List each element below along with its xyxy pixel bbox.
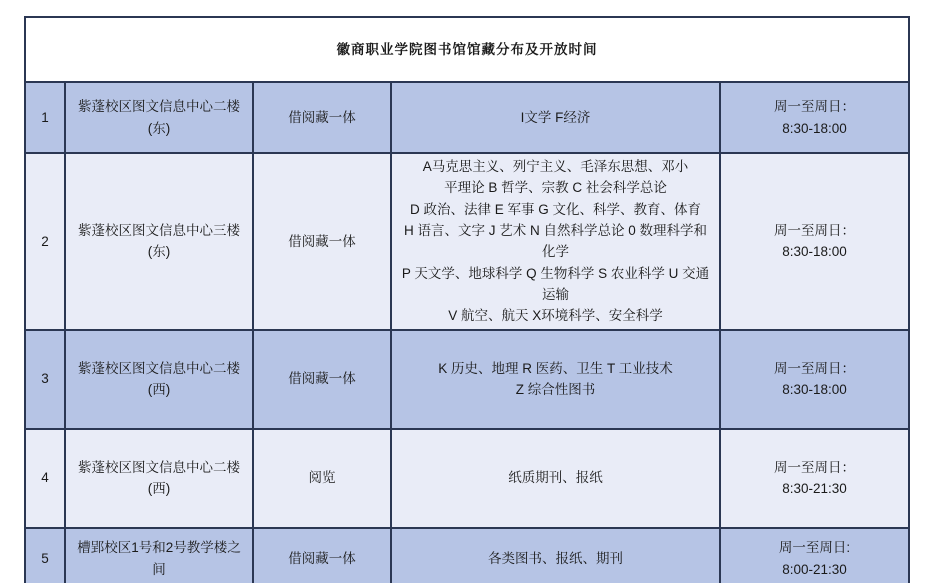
- page-title: 徽商职业学院图书馆馆藏分布及开放时间: [25, 17, 909, 82]
- categories-cell: K 历史、地理 R 医药、卫生 T 工业技术 Z 综合性图书: [391, 330, 720, 429]
- service-type-cell: 借阅藏一体: [253, 330, 391, 429]
- hours-cell: 周一至周日： 8:30-21:30: [720, 429, 909, 528]
- location-cell: 紫蓬校区图文信息中心三楼 (东): [65, 153, 253, 330]
- row-number-cell: 2: [25, 153, 65, 330]
- table-row: 3 紫蓬校区图文信息中心二楼 (西) 借阅藏一体 K 历史、地理 R 医药、卫生…: [25, 330, 909, 429]
- row-number-cell: 3: [25, 330, 65, 429]
- hours-cell: 周一至周日: 8:00-21:30: [720, 528, 909, 583]
- service-type-cell: 阅览: [253, 429, 391, 528]
- table-row: 5 槽郢校区1号和2号教学楼之间 借阅藏一体 各类图书、报纸、期刊 周一至周日:…: [25, 528, 909, 583]
- categories-cell: A马克思主义、列宁主义、毛泽东思想、邓小 平理论 B 哲学、宗教 C 社会科学总…: [391, 153, 720, 330]
- table-row: 1 紫蓬校区图文信息中心二楼 (东) 借阅藏一体 I文学 F经济 周一至周日： …: [25, 82, 909, 153]
- title-row: 徽商职业学院图书馆馆藏分布及开放时间: [25, 17, 909, 82]
- service-type-cell: 借阅藏一体: [253, 153, 391, 330]
- row-number-cell: 5: [25, 528, 65, 583]
- row-number-cell: 1: [25, 82, 65, 153]
- location-cell: 紫蓬校区图文信息中心二楼 (东): [65, 82, 253, 153]
- categories-cell: 纸质期刊、报纸: [391, 429, 720, 528]
- hours-cell: 周一至周日： 8:30-18:00: [720, 153, 909, 330]
- hours-cell: 周一至周日： 8:30-18:00: [720, 330, 909, 429]
- service-type-cell: 借阅藏一体: [253, 528, 391, 583]
- categories-cell: 各类图书、报纸、期刊: [391, 528, 720, 583]
- table-row: 2 紫蓬校区图文信息中心三楼 (东) 借阅藏一体 A马克思主义、列宁主义、毛泽东…: [25, 153, 909, 330]
- location-cell: 紫蓬校区图文信息中心二楼 (西): [65, 330, 253, 429]
- location-cell: 紫蓬校区图文信息中心二楼 (西): [65, 429, 253, 528]
- categories-cell: I文学 F经济: [391, 82, 720, 153]
- table-row: 4 紫蓬校区图文信息中心二楼 (西) 阅览 纸质期刊、报纸 周一至周日： 8:3…: [25, 429, 909, 528]
- location-cell: 槽郢校区1号和2号教学楼之间: [65, 528, 253, 583]
- hours-cell: 周一至周日： 8:30-18:00: [720, 82, 909, 153]
- row-number-cell: 4: [25, 429, 65, 528]
- page: 徽商职业学院图书馆馆藏分布及开放时间 1 紫蓬校区图文信息中心二楼 (东) 借阅…: [0, 0, 936, 583]
- service-type-cell: 借阅藏一体: [253, 82, 391, 153]
- library-schedule-table: 徽商职业学院图书馆馆藏分布及开放时间 1 紫蓬校区图文信息中心二楼 (东) 借阅…: [24, 16, 910, 583]
